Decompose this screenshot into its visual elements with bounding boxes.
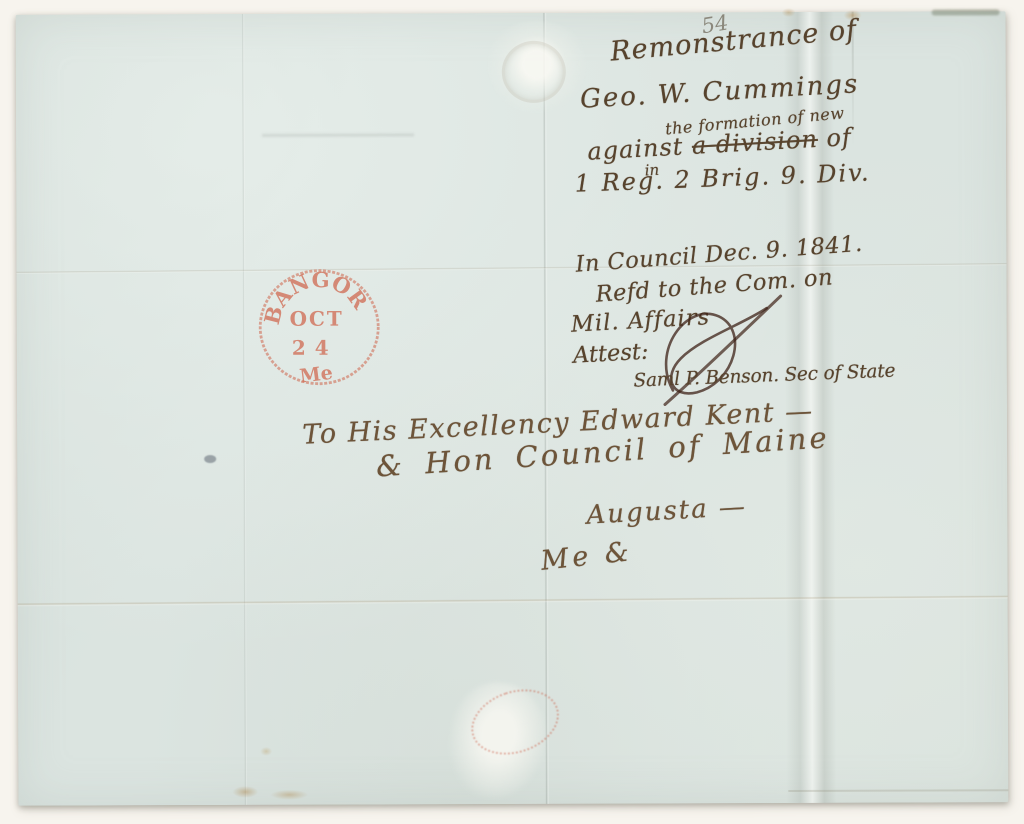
scanned-letter-back: 54 Remonstrance of Geo. W. Cummings the … (0, 0, 1024, 824)
of-word: of (817, 123, 852, 153)
letter-paper: 54 Remonstrance of Geo. W. Cummings the … (16, 11, 1009, 805)
postmark-day: 24 (292, 336, 338, 360)
against-word: against (587, 132, 693, 166)
fold-line-vertical-left (242, 14, 248, 805)
bangor-postmark: BANGOR OCT 24 Me (254, 263, 384, 389)
stain-bottom-left (260, 747, 272, 756)
erased-pencil-smudge (262, 129, 414, 141)
address-line-3: Augusta — (586, 492, 748, 531)
address-line-4: Me & (539, 536, 634, 577)
stain-bottom-edge-1 (232, 786, 258, 798)
stain-bottom-edge-2 (270, 790, 308, 800)
crease-bottom-right (788, 789, 1008, 792)
smudge-top-edge (932, 9, 1000, 15)
stain-top-middle (782, 8, 796, 17)
postmark-state: Me (298, 362, 334, 388)
attest-flourish (635, 288, 787, 411)
fold-line-horizontal-lower (18, 595, 1008, 607)
embossed-seal-ring (502, 41, 566, 103)
ink-blot (204, 455, 216, 463)
fold-line-horizontal-upper (17, 263, 1007, 275)
postmark-month: OCT (290, 307, 344, 331)
